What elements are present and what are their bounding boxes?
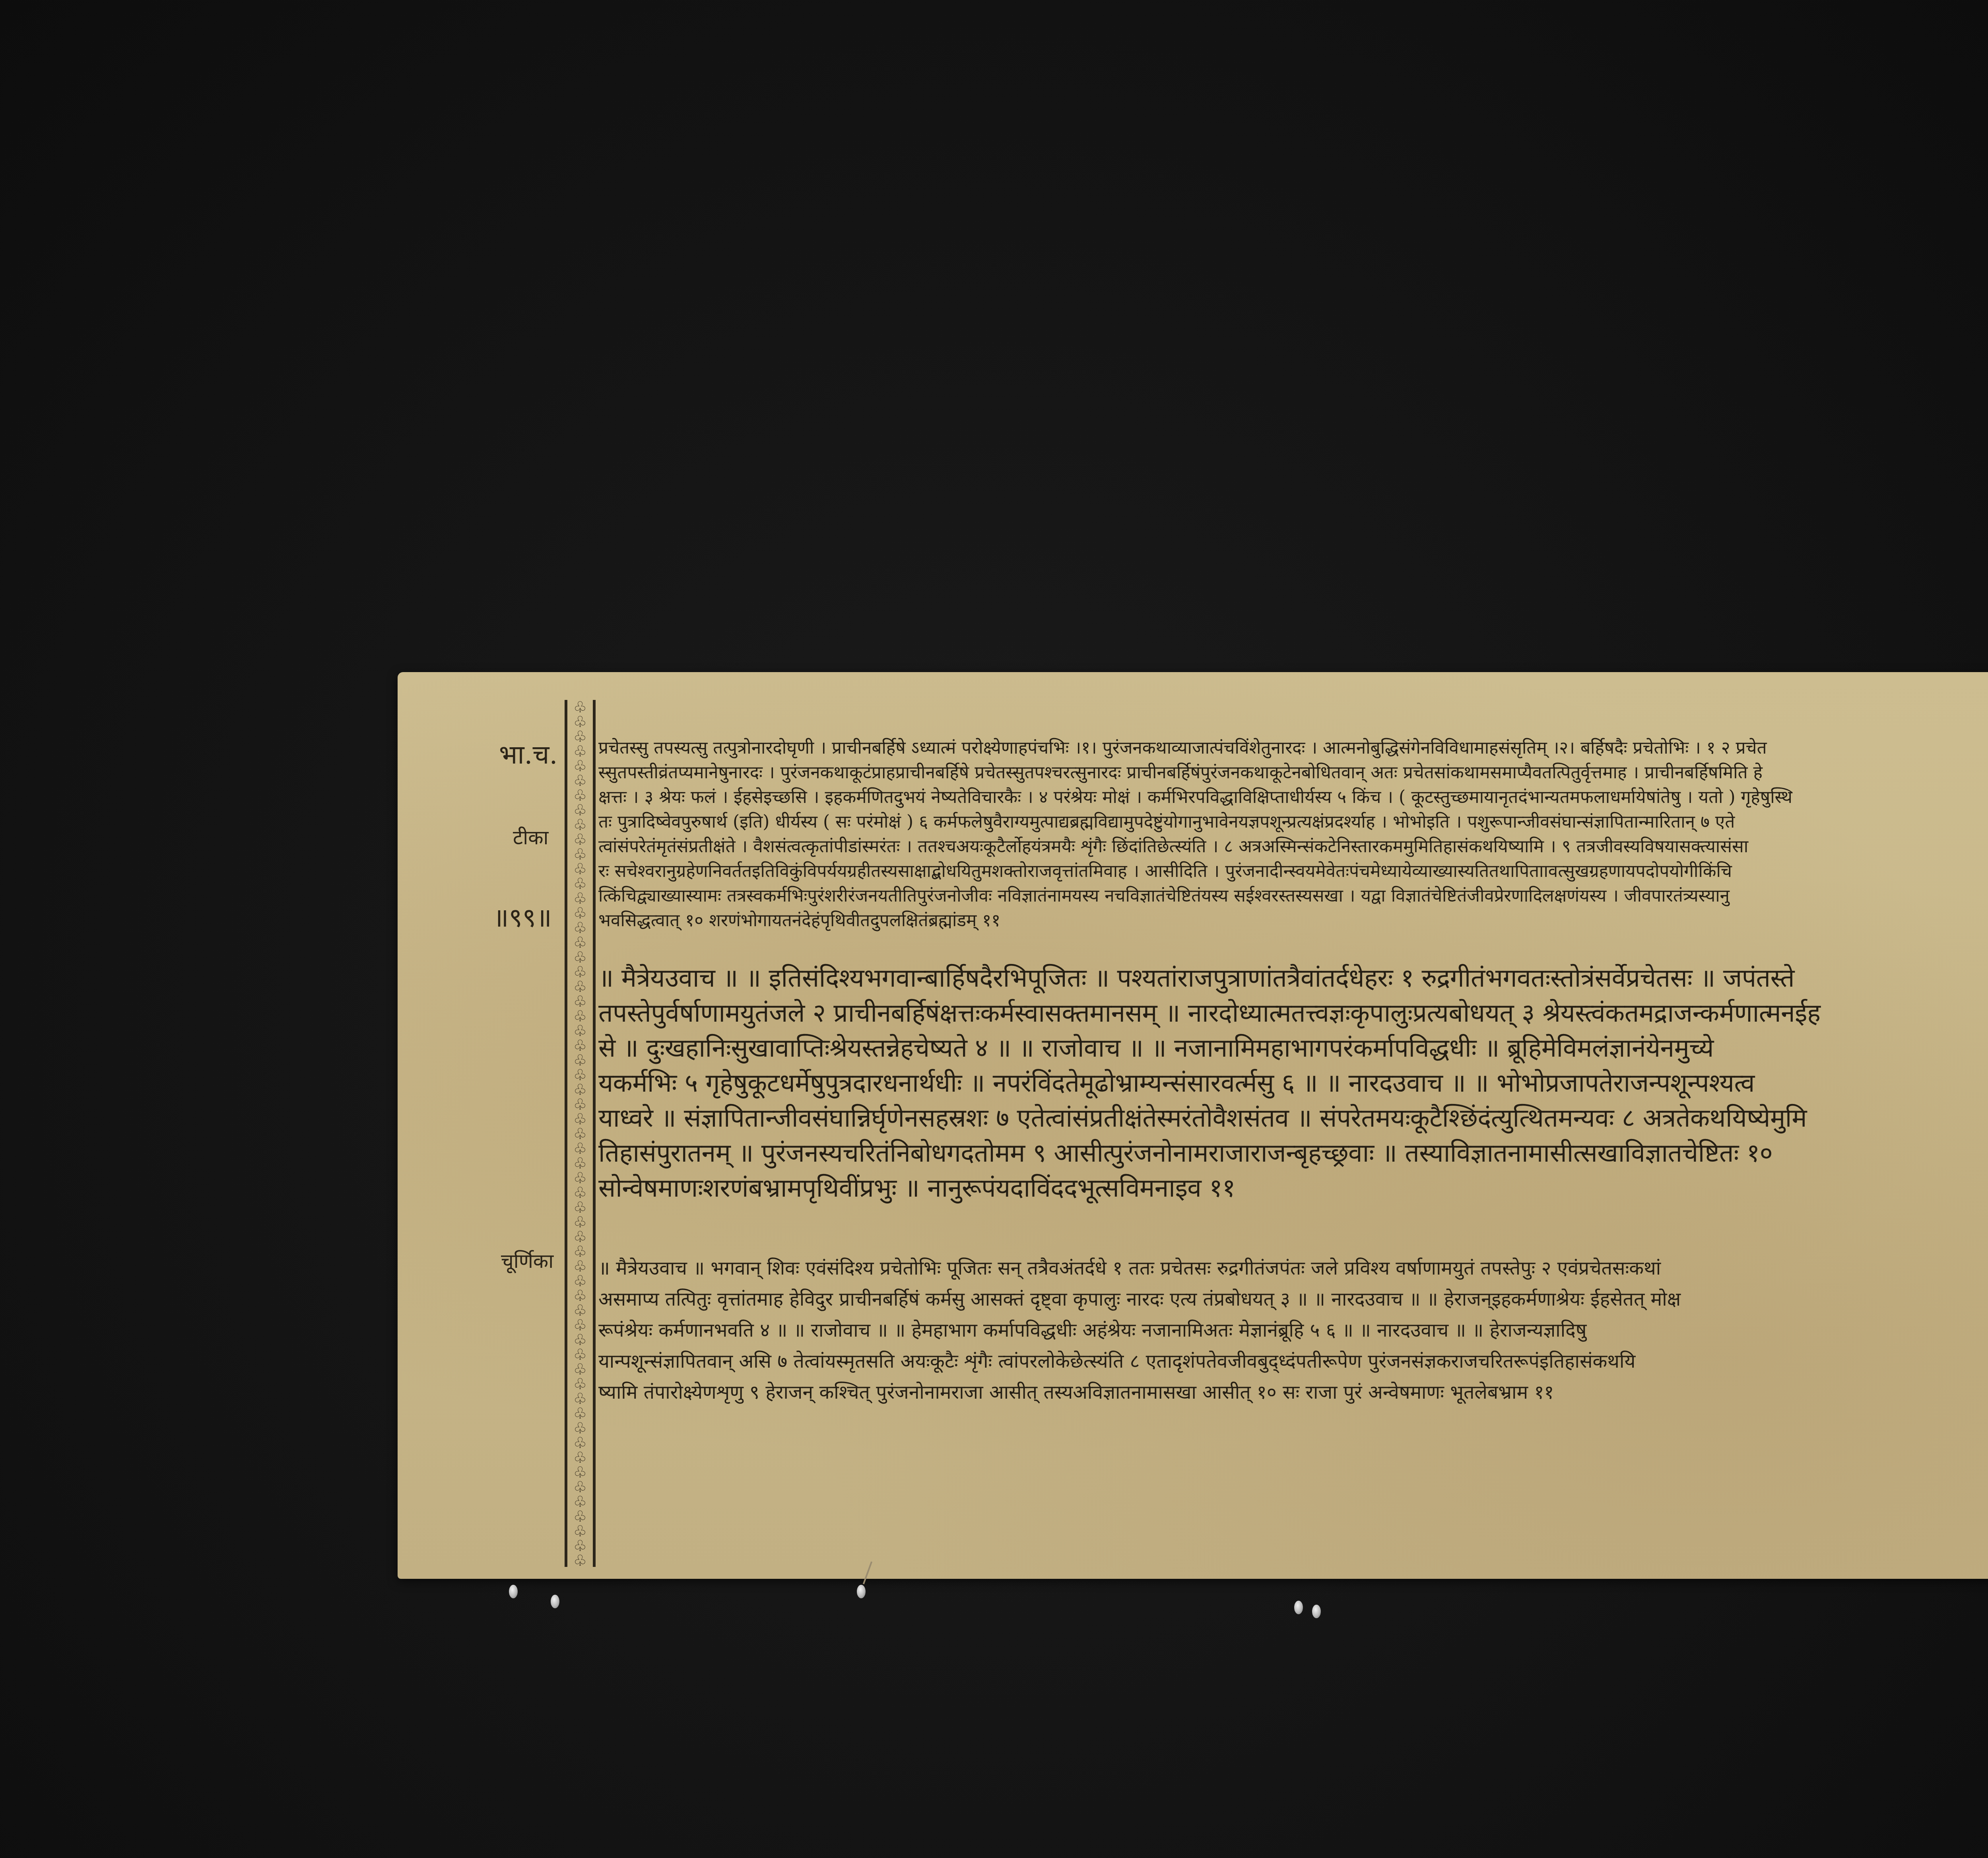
commentary-line: प्रचेतस्सु तपस्यत्सु तत्पुत्रोनारदोघृणी … bbox=[598, 736, 1988, 760]
commentary-line: स्सुतपस्तीव्रंतप्यमानेषुनारदः । पुरंजनकथ… bbox=[598, 760, 1988, 785]
churnika-block: ॥ मैत्रेयउवाच ॥ भगवान् शिवः एवंसंदिश्य प… bbox=[598, 1253, 1988, 1408]
commentary-line: त्वांसंपरेतंमृतंसंप्रतीक्षंते । वैशसंत्व… bbox=[598, 834, 1988, 859]
churnika-line: यान्पशून्संज्ञापितवान् असि ७ तेत्वांयस्म… bbox=[598, 1346, 1988, 1377]
commentary-line: तः पुत्रादिष्वेवपुरुषार्थ (इति) धीर्यस्य… bbox=[598, 810, 1988, 834]
commentary-line: क्षत्तः । ३ श्रेयः फलं । ईहसेइच्छसि । इह… bbox=[598, 785, 1988, 810]
mounting-pin-icon bbox=[1312, 1605, 1321, 1618]
commentary-line: रः सचेश्वरानुग्रहेणनिवर्ततइतिविकुंविपर्य… bbox=[598, 859, 1988, 884]
mounting-pin-icon bbox=[509, 1585, 518, 1598]
verse-line: यकर्मभिः ५ गृहेषुकूटधर्मेषुपुत्रदारधनार्… bbox=[598, 1066, 1988, 1101]
verse-line: ॥ मैत्रेयउवाच ॥ ॥ इतिसंदिश्यभगवान्बार्हि… bbox=[598, 961, 1988, 996]
mounting-pin-icon bbox=[551, 1595, 559, 1608]
churnika-line: रूपंश्रेयः कर्मणानभवति ४ ॥ ॥ राजोवाच ॥ ॥… bbox=[598, 1315, 1988, 1346]
verse-block: ॥ मैत्रेयउवाच ॥ ॥ इतिसंदिश्यभगवान्बार्हि… bbox=[598, 961, 1988, 1206]
verse-line: से ॥ दुःखहानिःसुखावाप्तिःश्रेयस्तन्नेहचे… bbox=[598, 1031, 1988, 1066]
verse-line: याध्वरे ॥ संज्ञापितान्जीवसंघान्निर्घृणेन… bbox=[598, 1101, 1988, 1136]
left-ornamental-border: ♧♧♧♧♧♧♧♧♧♧ ♧♧♧♧♧♧♧♧♧♧ ♧♧♧♧♧♧♧♧♧♧ ♧♧♧♧♧♧♧… bbox=[565, 700, 596, 1567]
mounting-pin-icon bbox=[857, 1585, 866, 1598]
verse-line: सोन्वेषमाणःशरणंबभ्रामपृथिवींप्रभुः ॥ नान… bbox=[598, 1171, 1988, 1206]
left-margin-churnika-label: चूर्णिका bbox=[501, 1247, 553, 1274]
left-margin-header: भा.च. bbox=[499, 736, 557, 772]
commentary-line: त्किंचिद्व्याख्यास्यामः तत्रस्वकर्मभिःपु… bbox=[598, 884, 1988, 908]
left-margin-tika-label: टीका bbox=[513, 823, 549, 850]
commentary-line: भवसिद्धत्वात् १० शरणंभोगायतनंदेहंपृथिवीत… bbox=[598, 908, 1988, 933]
churnika-line: असमाप्य तत्पितुः वृत्तांतमाह हेविदुर प्र… bbox=[598, 1284, 1988, 1315]
verse-line: तिहासंपुरातनम् ॥ पुरंजनस्यचरितंनिबोधगदतो… bbox=[598, 1136, 1988, 1171]
mounting-pin-icon bbox=[1294, 1601, 1303, 1614]
trefoil-ornament-icon: ♧ bbox=[573, 700, 587, 715]
commentary-block: प्रचेतस्सु तपस्यत्सु तत्पुत्रोनारदोघृणी … bbox=[598, 736, 1988, 933]
manuscript-page: भा.च. टीका ॥९९॥ चूर्णिका ♧♧♧♧♧♧♧♧♧♧ ♧♧♧♧… bbox=[398, 672, 1988, 1579]
churnika-line: ॥ मैत्रेयउवाच ॥ भगवान् शिवः एवंसंदिश्य प… bbox=[598, 1253, 1988, 1284]
churnika-line: ष्यामि तंपारोक्ष्येणशृणु ९ हेराजन् कश्चि… bbox=[598, 1377, 1988, 1408]
left-margin-folio-number: ॥९९॥ bbox=[493, 899, 552, 935]
verse-line: तपस्तेपुर्वर्षाणामयुतंजले २ प्राचीनबर्हि… bbox=[598, 996, 1988, 1031]
